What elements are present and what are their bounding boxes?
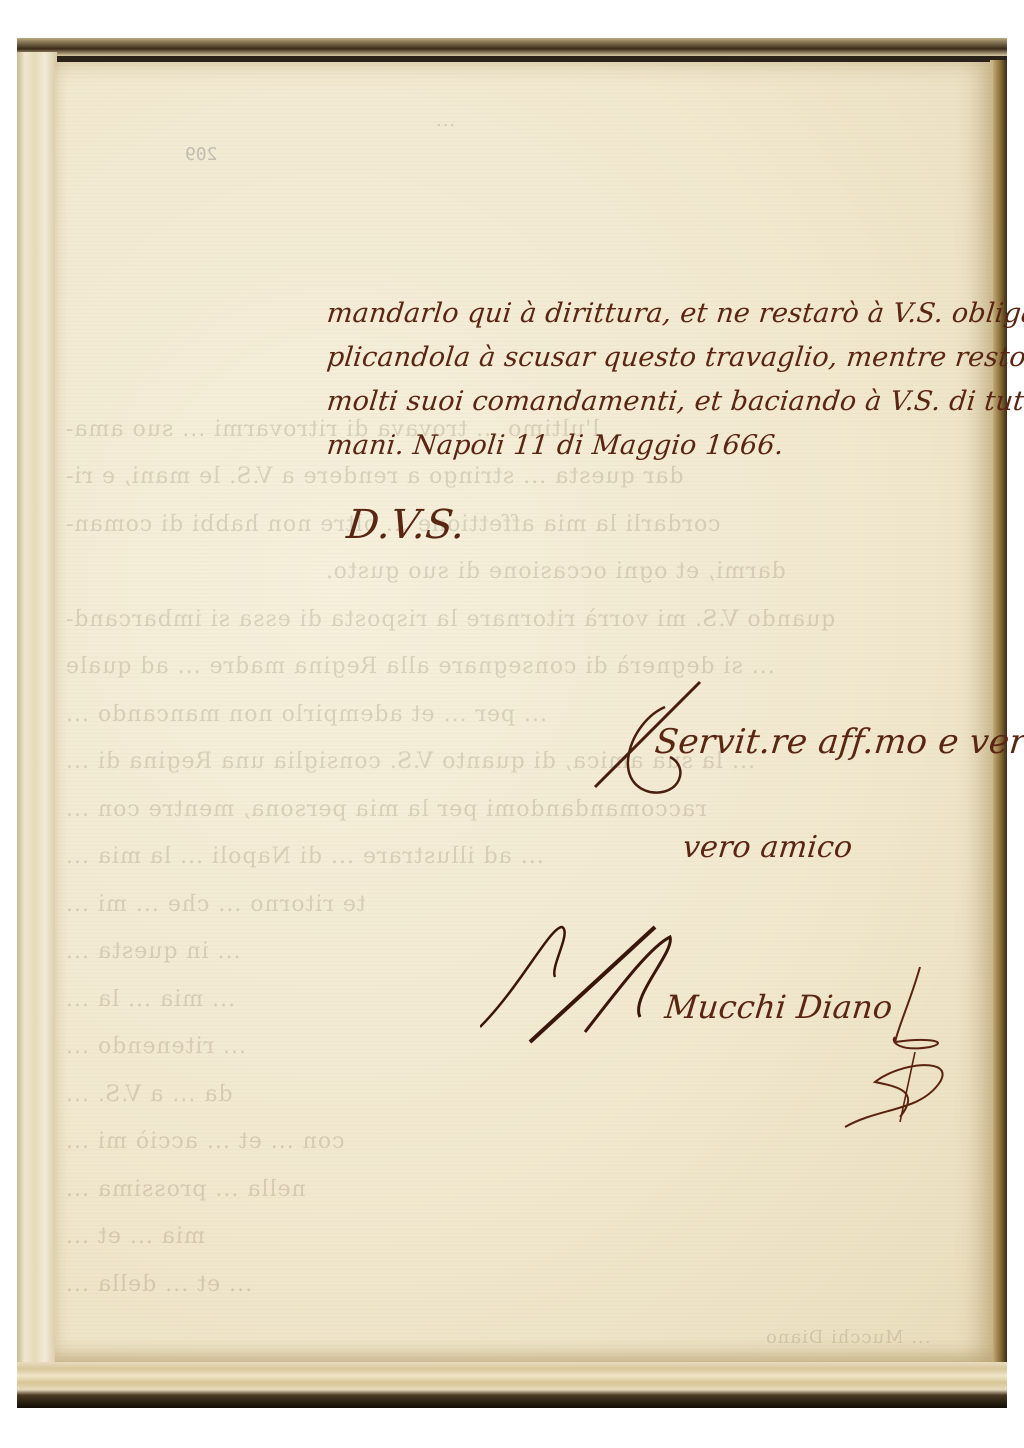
- bleedthrough-line: te ritorno ... che ... mi ...: [65, 892, 366, 917]
- bleedthrough-line: ... et ... della ...: [65, 1272, 252, 1297]
- closing-vero-amico: vero amico: [681, 830, 854, 865]
- bleedthrough-line: ... in questa ...: [65, 939, 241, 964]
- signature-flourish-icon: [480, 907, 680, 1047]
- salutation-abbreviation: D.V.S.: [345, 502, 468, 548]
- bleedthrough-line: con ... et ... acciò mi ...: [65, 1129, 344, 1154]
- binding-bottom-edge: [17, 1362, 1007, 1408]
- binding-top-edge: [17, 38, 1007, 56]
- closing-servitore: Servit.re aff.mo e vero: [653, 722, 1024, 762]
- signature-paraph-icon: [840, 962, 970, 1142]
- bleedthrough-line: mia ... et ...: [65, 1224, 205, 1249]
- page-number-bleedthrough: 209: [185, 144, 218, 165]
- bleedthrough-line: ... mia ... la ...: [65, 987, 235, 1012]
- letter-line-4-date: mani. Napoli 11 di Maggio 1666.: [325, 430, 785, 461]
- page-stack-left: [17, 52, 57, 1392]
- manuscript-page: 209 ... l'ultimo ... trovava di ritrovar…: [55, 62, 993, 1362]
- letter-line-1: mandarlo qui à dirittura, et ne restarò …: [325, 298, 1024, 329]
- bleedthrough-line: ... per ... et adempirlo non mancando ..…: [65, 702, 547, 727]
- date-line: mani. Napoli 11 di Maggio 1666.: [325, 430, 785, 461]
- bleedthrough-line: quando V.S. mi vorrà ritornare la rispos…: [65, 607, 835, 632]
- bleedthrough-line: dar questa ... stringo a rendere a V.S. …: [65, 464, 683, 489]
- bleedthrough-line: darmi, et ogni occasione di suo gusto.: [325, 559, 786, 584]
- bleedthrough-line: ... ritenendo ...: [65, 1034, 246, 1059]
- bleedthrough-line: da ... a V.S. ...: [65, 1082, 233, 1107]
- bleedthrough-header: ...: [435, 110, 455, 131]
- letter-line-2: plicandola à scusar questo travaglio, me…: [325, 342, 1024, 373]
- bleedthrough-line: nella ... prossima ...: [65, 1177, 306, 1202]
- bleedthrough-line: ... ad illustrare ... di Napoli ... la m…: [65, 844, 544, 869]
- letter-line-3: molti suoi comandamenti, et baciando à V…: [325, 386, 1024, 417]
- bleedthrough-footer-note: ... Mucchi Diano: [765, 1327, 931, 1348]
